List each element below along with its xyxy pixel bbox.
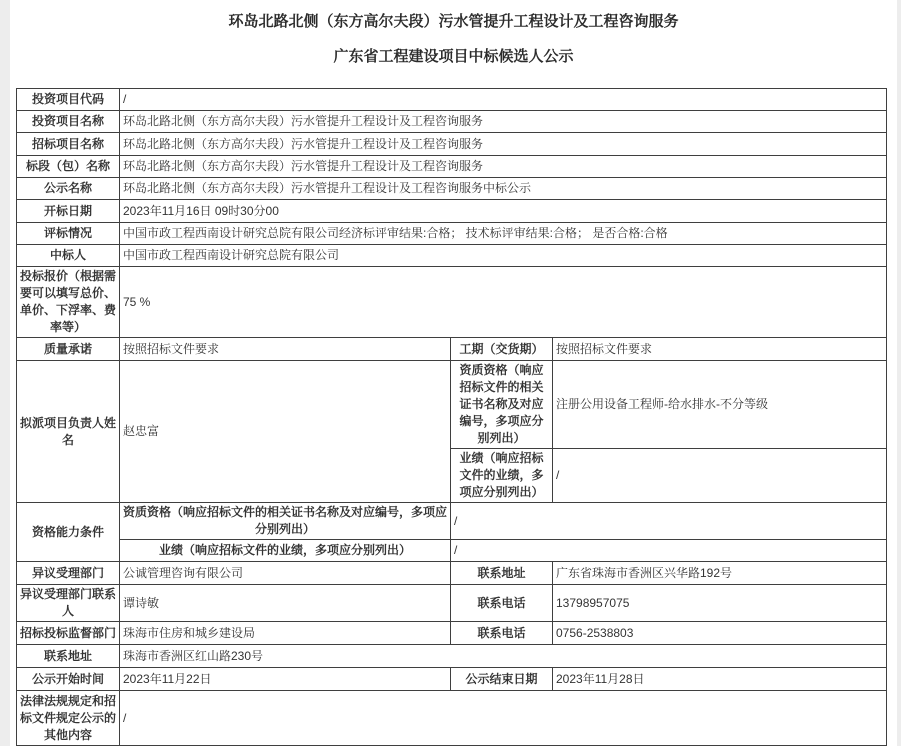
label-investment-code: 投资项目代码	[17, 89, 120, 111]
value-winner: 中国市政工程西南设计研究总院有限公司	[120, 245, 887, 267]
table-row-bid-opening-date: 开标日期 2023年11月16日 09时30分00	[17, 200, 887, 223]
value-section-name: 环岛北路北侧（东方高尔夫段）污水管提升工程设计及工程咨询服务	[120, 156, 887, 178]
table-row-capability-qualification: 资格能力条件 资质资格（响应招标文件的相关证书名称及对应编号，多项应分别列出） …	[17, 503, 887, 540]
label-capability-qualification: 资质资格（响应招标文件的相关证书名称及对应编号，多项应分别列出）	[120, 503, 451, 540]
value-capability-performance: /	[451, 540, 887, 562]
label-capability: 资格能力条件	[17, 503, 120, 562]
table-row-contact-address: 联系地址 珠海市香洲区红山路230号	[17, 645, 887, 668]
label-leader-performance: 业绩（响应招标文件的业绩，多项应分别列出）	[451, 449, 553, 503]
value-other-content: /	[120, 691, 887, 746]
value-bid-opening-date: 2023年11月16日 09时30分00	[120, 200, 887, 223]
label-leader-qualification: 资质资格（响应招标文件的相关证书名称及对应编号，多项应分别列出）	[451, 361, 553, 449]
label-objection-address: 联系地址	[451, 562, 553, 585]
value-supervision-dept: 珠海市住房和城乡建设局	[120, 622, 451, 645]
label-bid-price: 投标报价（根据需要可以填写总价、单价、下浮率、费率等）	[17, 267, 120, 338]
table-row-objection-contact: 异议受理部门联系人 谭诗敏 联系电话 13798957075	[17, 585, 887, 622]
table-row-capability-performance: 业绩（响应招标文件的业绩，多项应分别列出） /	[17, 540, 887, 562]
value-leader-qualification: 注册公用设备工程师-给水排水-不分等级	[553, 361, 887, 449]
page-subtitle: 广东省工程建设项目中标候选人公示	[10, 47, 897, 67]
table-row-supervision-dept: 招标投标监督部门 珠海市住房和城乡建设局 联系电话 0756-2538803	[17, 622, 887, 645]
table-row-announcement-name: 公示名称 环岛北路北侧（东方高尔夫段）污水管提升工程设计及工程咨询服务中标公示	[17, 178, 887, 200]
value-objection-phone: 13798957075	[553, 585, 887, 622]
value-quality-commitment: 按照招标文件要求	[120, 338, 451, 361]
page-edge-left	[0, 0, 10, 746]
page-edge-right	[897, 0, 901, 746]
value-objection-contact: 谭诗敏	[120, 585, 451, 622]
table-row-evaluation-result: 评标情况 中国市政工程西南设计研究总院有限公司经济标评审结果:合格； 技术标评审…	[17, 223, 887, 245]
label-section-name: 标段（包）名称	[17, 156, 120, 178]
value-objection-address: 广东省珠海市香洲区兴华路192号	[553, 562, 887, 585]
label-duration: 工期（交货期）	[451, 338, 553, 361]
table-row-tender-project-name: 招标项目名称 环岛北路北侧（东方高尔夫段）污水管提升工程设计及工程咨询服务	[17, 133, 887, 156]
label-investment-name: 投资项目名称	[17, 111, 120, 133]
table-row-publicity-dates: 公示开始时间 2023年11月22日 公示结束日期 2023年11月28日	[17, 668, 887, 691]
table-row-bid-price: 投标报价（根据需要可以填写总价、单价、下浮率、费率等） 75 %	[17, 267, 887, 338]
label-objection-contact: 异议受理部门联系人	[17, 585, 120, 622]
label-project-leader: 拟派项目负责人姓名	[17, 361, 120, 503]
value-duration: 按照招标文件要求	[553, 338, 887, 361]
value-supervision-phone: 0756-2538803	[553, 622, 887, 645]
value-announcement-name: 环岛北路北侧（东方高尔夫段）污水管提升工程设计及工程咨询服务中标公示	[120, 178, 887, 200]
label-quality-commitment: 质量承诺	[17, 338, 120, 361]
label-publicity-end: 公示结束日期	[451, 668, 553, 691]
label-contact-address: 联系地址	[17, 645, 120, 668]
table-row-other-content: 法律法规规定和招标文件规定公示的其他内容 /	[17, 691, 887, 746]
table-row-winner: 中标人 中国市政工程西南设计研究总院有限公司	[17, 245, 887, 267]
label-supervision-dept: 招标投标监督部门	[17, 622, 120, 645]
value-contact-address: 珠海市香洲区红山路230号	[120, 645, 887, 668]
label-bid-opening-date: 开标日期	[17, 200, 120, 223]
value-objection-dept: 公诚管理咨询有限公司	[120, 562, 451, 585]
label-other-content: 法律法规规定和招标文件规定公示的其他内容	[17, 691, 120, 746]
table-row-project-leader-qualification: 拟派项目负责人姓名 赵忠富 资质资格（响应招标文件的相关证书名称及对应编号，多项…	[17, 361, 887, 449]
value-project-leader: 赵忠富	[120, 361, 451, 503]
table-row-investment-code: 投资项目代码 /	[17, 89, 887, 111]
announcement-table: 投资项目代码 / 投资项目名称 环岛北路北侧（东方高尔夫段）污水管提升工程设计及…	[16, 88, 887, 746]
value-publicity-end: 2023年11月28日	[553, 668, 887, 691]
table-row-section-name: 标段（包）名称 环岛北路北侧（东方高尔夫段）污水管提升工程设计及工程咨询服务	[17, 156, 887, 178]
label-capability-performance: 业绩（响应招标文件的业绩，多项应分别列出）	[120, 540, 451, 562]
label-supervision-phone: 联系电话	[451, 622, 553, 645]
value-publicity-start: 2023年11月22日	[120, 668, 451, 691]
label-evaluation-result: 评标情况	[17, 223, 120, 245]
page-title: 环岛北路北侧（东方高尔夫段）污水管提升工程设计及工程咨询服务	[10, 12, 897, 32]
announcement-page: 环岛北路北侧（东方高尔夫段）污水管提升工程设计及工程咨询服务 广东省工程建设项目…	[10, 0, 897, 746]
label-objection-dept: 异议受理部门	[17, 562, 120, 585]
value-evaluation-result: 中国市政工程西南设计研究总院有限公司经济标评审结果:合格； 技术标评审结果:合格…	[120, 223, 887, 245]
value-tender-project-name: 环岛北路北侧（东方高尔夫段）污水管提升工程设计及工程咨询服务	[120, 133, 887, 156]
value-leader-performance: /	[553, 449, 887, 503]
label-tender-project-name: 招标项目名称	[17, 133, 120, 156]
table-row-objection-dept: 异议受理部门 公诚管理咨询有限公司 联系地址 广东省珠海市香洲区兴华路192号	[17, 562, 887, 585]
label-announcement-name: 公示名称	[17, 178, 120, 200]
value-capability-qualification: /	[451, 503, 887, 540]
table-row-quality-duration: 质量承诺 按照招标文件要求 工期（交货期） 按照招标文件要求	[17, 338, 887, 361]
label-objection-phone: 联系电话	[451, 585, 553, 622]
table-row-investment-name: 投资项目名称 环岛北路北侧（东方高尔夫段）污水管提升工程设计及工程咨询服务	[17, 111, 887, 133]
label-winner: 中标人	[17, 245, 120, 267]
value-bid-price: 75 %	[120, 267, 887, 338]
label-publicity-start: 公示开始时间	[17, 668, 120, 691]
value-investment-name: 环岛北路北侧（东方高尔夫段）污水管提升工程设计及工程咨询服务	[120, 111, 887, 133]
value-investment-code: /	[120, 89, 887, 111]
